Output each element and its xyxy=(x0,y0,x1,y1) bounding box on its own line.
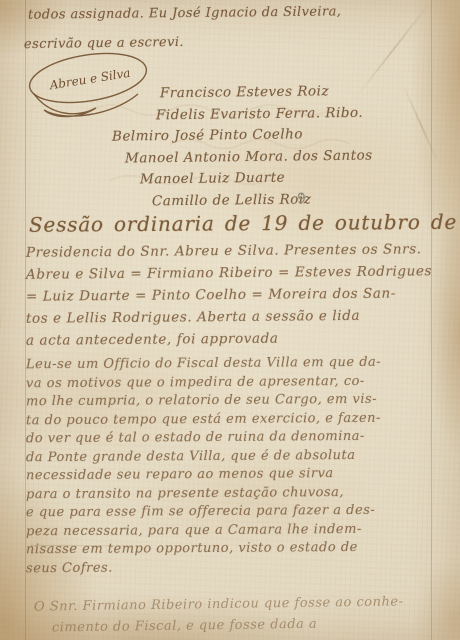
body-line: da Ponte grande desta Villa, que é de ab… xyxy=(26,447,381,468)
motion-paragraph: O Snr. Firmiano Ribeiro indicou que foss… xyxy=(34,597,403,638)
body-line: nisasse em tempo opportuno, visto o esta… xyxy=(26,540,381,561)
body-line: Leu-se um Officio do Fiscal desta Villa … xyxy=(26,355,381,376)
paper-crease xyxy=(0,301,4,450)
attendance-paragraph: Presidencia do Snr. Abreu e Silva. Prese… xyxy=(26,243,432,353)
body-line: va os motivos que o impedira de apresent… xyxy=(26,373,381,394)
body-line: ta do pouco tempo que está em exercicio,… xyxy=(26,410,381,431)
body-line: necessidade seu reparo ao menos que sirv… xyxy=(26,466,381,487)
signature: Francisco Esteves Roiz xyxy=(160,83,373,107)
body-line: para o transito na presente estação chuv… xyxy=(26,484,381,505)
fiscal-office-paragraph: Leu-se um Officio do Fiscal desta Villa … xyxy=(26,356,381,578)
body-line: peza necessaria, para que a Camara lhe i… xyxy=(26,521,381,542)
signature-list: Francisco Esteves Roiz Fidelis Evaristo … xyxy=(112,84,373,214)
manuscript-page: todos assignada. Eu José Ignacio da Silv… xyxy=(0,0,460,640)
signature: Manoel Luiz Duarte xyxy=(140,169,373,193)
body-line: mo lhe cumpria, o relatorio de seu Cargo… xyxy=(26,392,381,413)
pencil-page-number: 9 xyxy=(297,191,306,207)
body-line: e que para esse fim se offerecia para fa… xyxy=(26,503,381,524)
session-title: Sessão ordinaria de 19 de outubro de 185… xyxy=(29,209,460,236)
attendance-line: a acta antecedente, foi approvada xyxy=(26,329,432,355)
signature: Belmiro José Pinto Coelho xyxy=(112,126,373,151)
motion-line: cimento do Fiscal, e que fosse dada a xyxy=(52,615,404,640)
body-line: seus Cofres. xyxy=(26,558,381,579)
body-line: do ver que é tal o estado de ruina da de… xyxy=(26,429,381,450)
closing-line: todos assignada. Eu José Ignacio da Silv… xyxy=(28,4,341,22)
